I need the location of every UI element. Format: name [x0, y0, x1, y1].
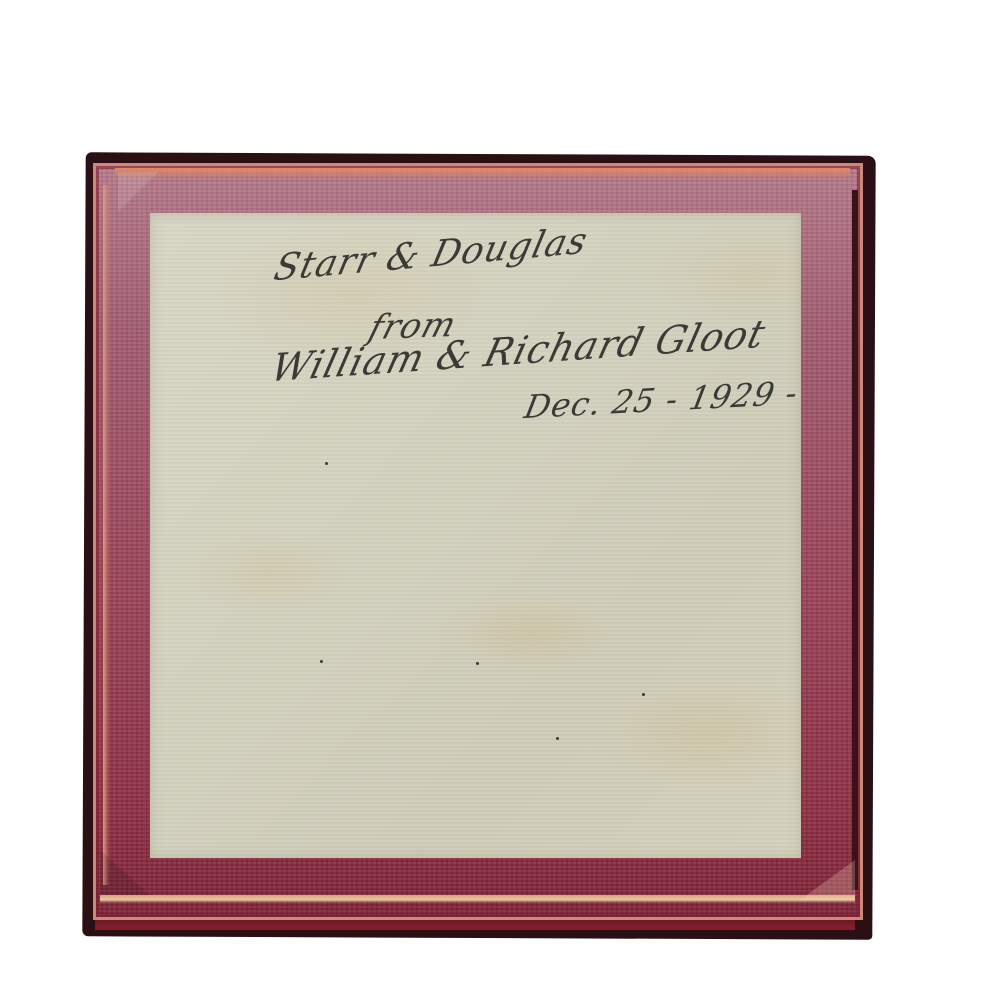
corner-fold-bottom-left — [100, 850, 150, 895]
paper-label — [150, 213, 801, 858]
paper-speck — [320, 660, 323, 663]
frame-bottom-edge — [100, 895, 855, 903]
corner-fold-bottom-right — [800, 860, 855, 900]
paper-speck — [642, 693, 645, 696]
frame-left-edge — [103, 185, 109, 885]
paper-speck — [325, 462, 328, 465]
paper-speck — [476, 662, 479, 665]
frame-top-edge — [115, 168, 850, 178]
corner-fold-top-left — [118, 172, 158, 212]
frame-right-edge — [852, 190, 858, 890]
paper-speck — [556, 737, 559, 740]
